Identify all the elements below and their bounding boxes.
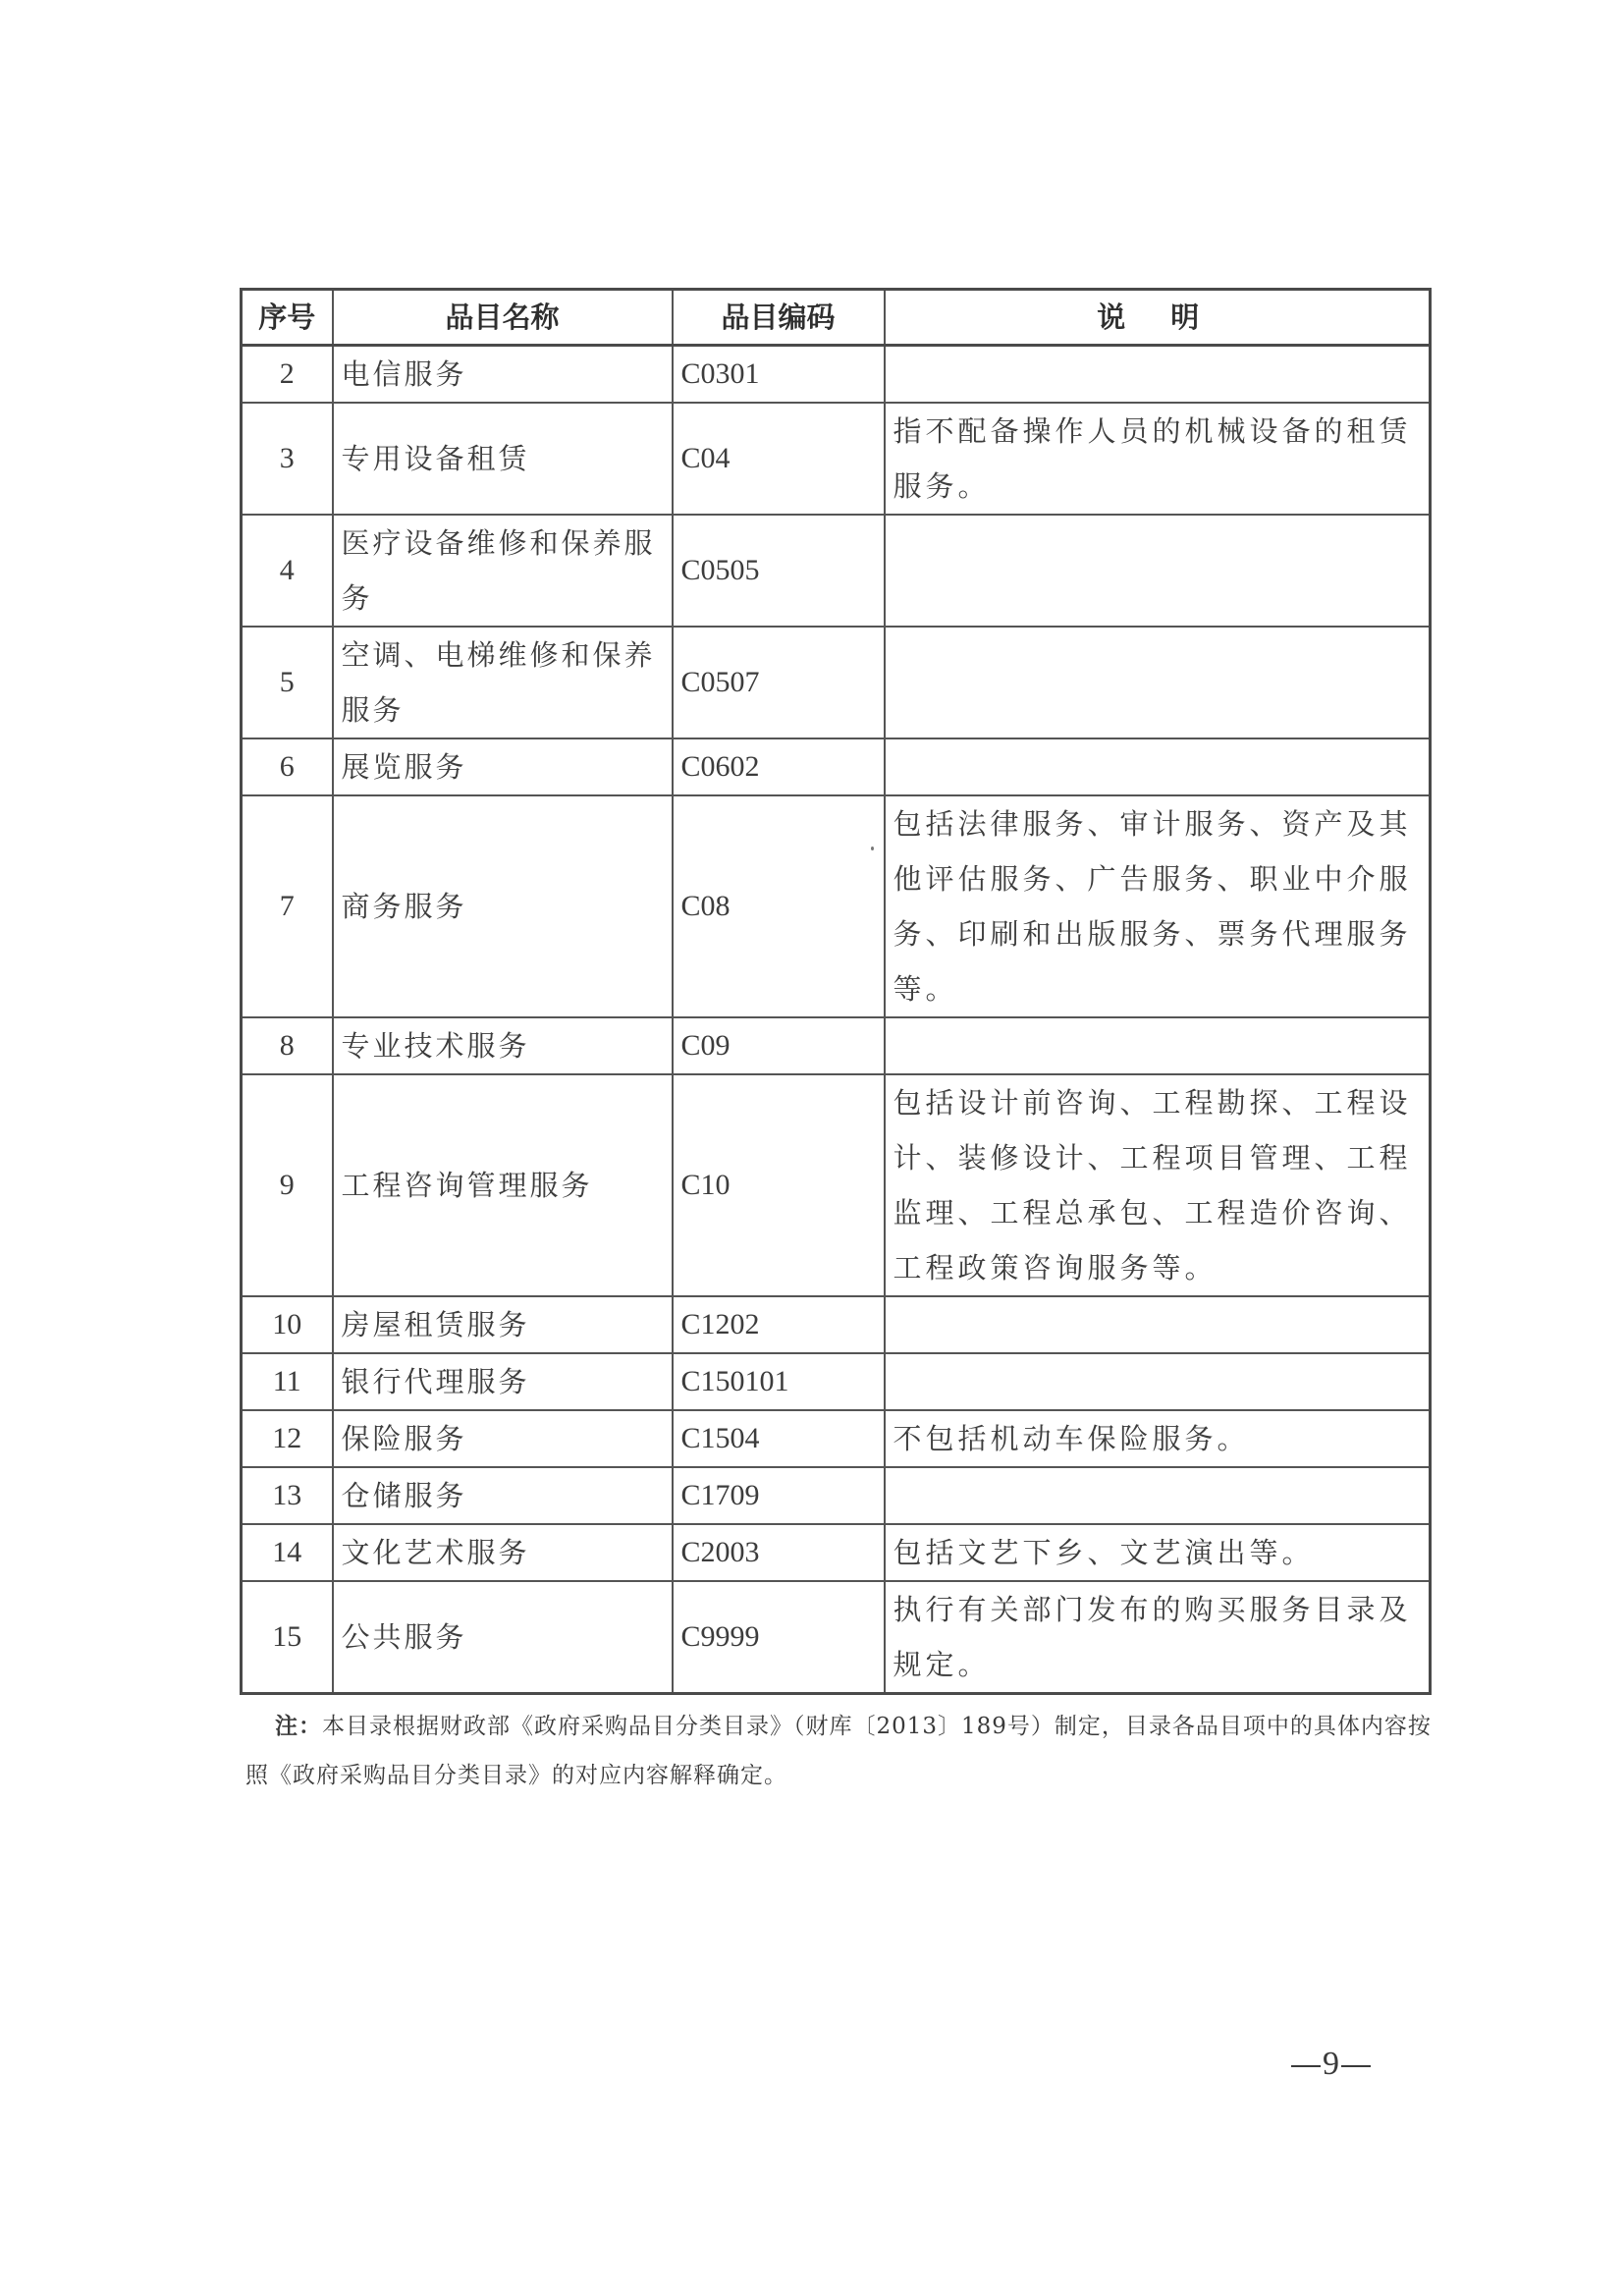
row-code: C1504	[673, 1410, 885, 1467]
row-index: 7	[242, 795, 333, 1017]
row-index: 15	[242, 1581, 333, 1694]
footnote-text: 本目录根据财政部《政府采购品目分类目录》（财库〔2013〕189号）制定，目录各…	[245, 1714, 1432, 1788]
row-description: 包括设计前咨询、工程勘探、工程设计、装修设计、工程项目管理、工程监理、工程总承包…	[885, 1074, 1431, 1296]
header-description: 说 明	[885, 290, 1431, 346]
row-name: 专用设备租赁	[333, 403, 673, 515]
scan-speck	[871, 847, 874, 850]
row-name: 房屋租赁服务	[333, 1296, 673, 1353]
row-name: 文化艺术服务	[333, 1524, 673, 1581]
row-index: 8	[242, 1017, 333, 1074]
row-code: C0301	[673, 346, 885, 404]
row-code: C150101	[673, 1353, 885, 1410]
row-description	[885, 627, 1431, 738]
row-description	[885, 515, 1431, 627]
table-header-row: 序号 品目名称 品目编码 说 明	[242, 290, 1431, 346]
row-name: 保险服务	[333, 1410, 673, 1467]
dash-left	[1291, 2065, 1321, 2067]
row-name: 空调、电梯维修和保养服务	[333, 627, 673, 738]
row-index: 12	[242, 1410, 333, 1467]
row-description	[885, 1017, 1431, 1074]
table-row: 3专用设备租赁C04指不配备操作人员的机械设备的租赁服务。	[242, 403, 1431, 515]
table-row: 8专业技术服务C09	[242, 1017, 1431, 1074]
header-code: 品目编码	[673, 290, 885, 346]
row-index: 14	[242, 1524, 333, 1581]
row-code: C0505	[673, 515, 885, 627]
row-name: 医疗设备维修和保养服务	[333, 515, 673, 627]
row-description: 包括文艺下乡、文艺演出等。	[885, 1524, 1431, 1581]
table-row: 14文化艺术服务C2003包括文艺下乡、文艺演出等。	[242, 1524, 1431, 1581]
table-row: 7商务服务C08包括法律服务、审计服务、资产及其他评估服务、广告服务、职业中介服…	[242, 795, 1431, 1017]
row-index: 2	[242, 346, 333, 404]
row-code: C09	[673, 1017, 885, 1074]
header-name: 品目名称	[333, 290, 673, 346]
row-code: C0602	[673, 738, 885, 795]
page-number-value: 9	[1323, 2046, 1339, 2082]
row-description	[885, 346, 1431, 404]
row-name: 仓储服务	[333, 1467, 673, 1524]
row-index: 4	[242, 515, 333, 627]
procurement-catalog-table: 序号 品目名称 品目编码 说 明 2电信服务C03013专用设备租赁C04指不配…	[240, 288, 1432, 1695]
header-index: 序号	[242, 290, 333, 346]
row-description	[885, 1353, 1431, 1410]
row-description: 指不配备操作人员的机械设备的租赁服务。	[885, 403, 1431, 515]
table-row: 13仓储服务C1709	[242, 1467, 1431, 1524]
table-row: 5空调、电梯维修和保养服务C0507	[242, 627, 1431, 738]
dash-right	[1341, 2065, 1371, 2067]
row-code: C1202	[673, 1296, 885, 1353]
row-name: 工程咨询管理服务	[333, 1074, 673, 1296]
document-page: 序号 品目名称 品目编码 说 明 2电信服务C03013专用设备租赁C04指不配…	[0, 0, 1624, 2296]
row-index: 6	[242, 738, 333, 795]
row-code: C0507	[673, 627, 885, 738]
footnote: 注：本目录根据财政部《政府采购品目分类目录》（财库〔2013〕189号）制定，目…	[245, 1702, 1434, 1800]
row-code: C04	[673, 403, 885, 515]
table-row: 10房屋租赁服务C1202	[242, 1296, 1431, 1353]
row-name: 商务服务	[333, 795, 673, 1017]
row-code: C1709	[673, 1467, 885, 1524]
row-description: 包括法律服务、审计服务、资产及其他评估服务、广告服务、职业中介服务、印刷和出版服…	[885, 795, 1431, 1017]
footnote-label: 注：	[275, 1714, 322, 1739]
row-name: 银行代理服务	[333, 1353, 673, 1410]
table-row: 6展览服务C0602	[242, 738, 1431, 795]
table-body: 2电信服务C03013专用设备租赁C04指不配备操作人员的机械设备的租赁服务。4…	[242, 346, 1431, 1694]
row-name: 电信服务	[333, 346, 673, 404]
row-code: C9999	[673, 1581, 885, 1694]
table-row: 12保险服务C1504不包括机动车保险服务。	[242, 1410, 1431, 1467]
row-code: C2003	[673, 1524, 885, 1581]
page-number: 9	[1289, 2046, 1373, 2083]
row-description	[885, 1296, 1431, 1353]
row-name: 专业技术服务	[333, 1017, 673, 1074]
row-code: C08	[673, 795, 885, 1017]
table-row: 15公共服务C9999执行有关部门发布的购买服务目录及规定。	[242, 1581, 1431, 1694]
row-index: 5	[242, 627, 333, 738]
row-description	[885, 1467, 1431, 1524]
row-description: 不包括机动车保险服务。	[885, 1410, 1431, 1467]
row-name: 展览服务	[333, 738, 673, 795]
row-description	[885, 738, 1431, 795]
row-name: 公共服务	[333, 1581, 673, 1694]
table-row: 4医疗设备维修和保养服务C0505	[242, 515, 1431, 627]
row-index: 10	[242, 1296, 333, 1353]
row-index: 11	[242, 1353, 333, 1410]
row-index: 9	[242, 1074, 333, 1296]
row-index: 3	[242, 403, 333, 515]
table-row: 2电信服务C0301	[242, 346, 1431, 404]
row-index: 13	[242, 1467, 333, 1524]
table-row: 11银行代理服务C150101	[242, 1353, 1431, 1410]
table-row: 9工程咨询管理服务C10包括设计前咨询、工程勘探、工程设计、装修设计、工程项目管…	[242, 1074, 1431, 1296]
row-code: C10	[673, 1074, 885, 1296]
row-description: 执行有关部门发布的购买服务目录及规定。	[885, 1581, 1431, 1694]
